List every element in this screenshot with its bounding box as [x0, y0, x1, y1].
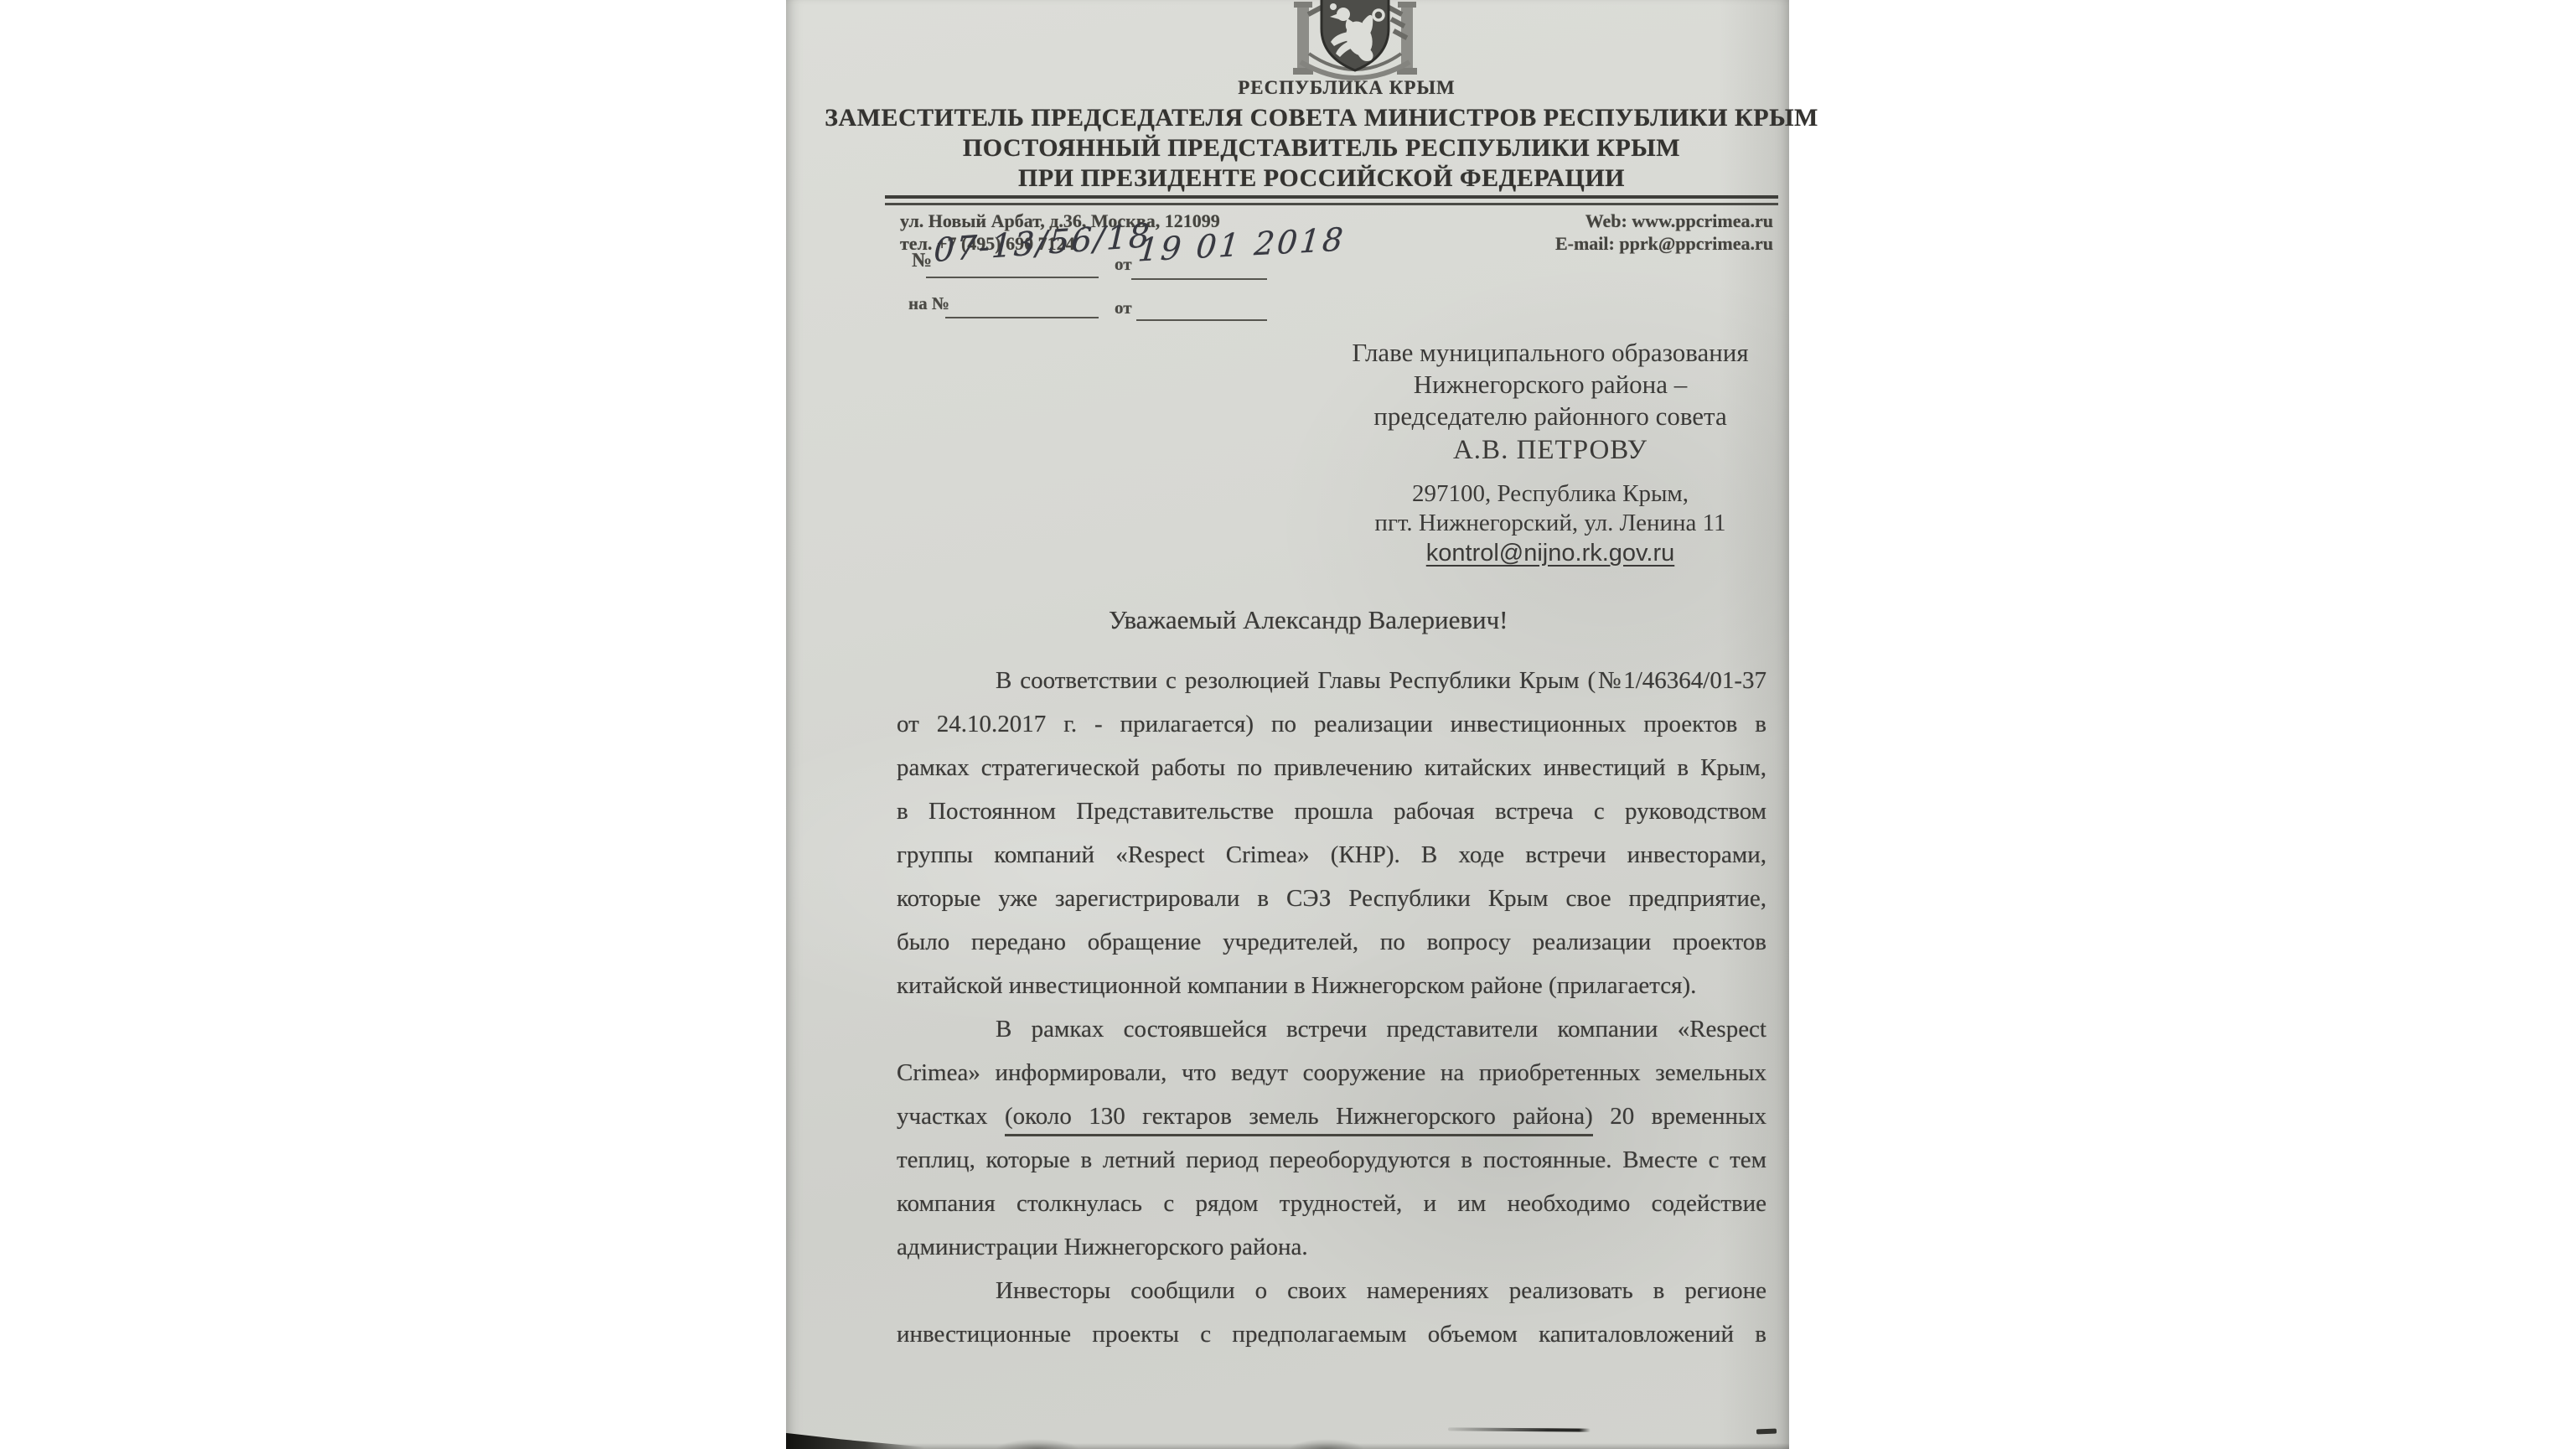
body-line: от 24.10.2017 г. - прилагается) по реали…: [897, 702, 1766, 746]
ref-date-line: [1131, 278, 1267, 280]
recipient-line: председателю районного совета: [1352, 401, 1748, 432]
reply-number-label: на №: [908, 293, 949, 314]
body-line: группы компаний «Respect Crimea» (КНР). …: [897, 833, 1766, 877]
reply-date-label: от: [1115, 298, 1132, 318]
crimea-coat-of-arms-icon: [1292, 0, 1418, 82]
recipient-name: А.В. ПЕТРОВУ: [1352, 432, 1748, 468]
ref-number-line: [926, 277, 1099, 278]
letterhead-republic: РЕСПУБЛИКА КРЫМ: [1238, 77, 1456, 99]
body-line: В рамках состоявшейся встречи представит…: [897, 1007, 1766, 1051]
body-line: было передано обращение учредителей, по …: [897, 920, 1766, 964]
body-line: которые уже зарегистрировали в СЭЗ Респу…: [897, 877, 1766, 920]
letterhead-org-line2: ПОСТОЯННЫЙ ПРЕДСТАВИТЕЛЬ РЕСПУБЛИКИ КРЫМ: [963, 134, 1680, 163]
recipient-line: Главе муниципального образования: [1352, 337, 1748, 369]
body-line-pre: участках: [897, 1103, 1005, 1130]
scanned-letter-page: { "letterhead": { "republic": "РЕСПУБЛИК…: [0, 0, 2576, 1449]
body-line: Инвесторы сообщили о своих намерениях ре…: [897, 1269, 1766, 1312]
body-line: В соответствии с резолюцией Главы Респуб…: [897, 659, 1766, 702]
scan-smudge: [996, 1439, 1079, 1449]
body-line-underlined: участках (около 130 гектаров земель Нижн…: [897, 1095, 1766, 1138]
pen-dash-artifact: [1756, 1429, 1777, 1435]
letterhead-org-line1: ЗАМЕСТИТЕЛЬ ПРЕДСЕДАТЕЛЯ СОВЕТА МИНИСТРО…: [825, 104, 1818, 132]
pen-mark-artifact: [1448, 1427, 1591, 1431]
recipient-address-line: пгт. Нижнегорский, ул. Ленина 11: [1352, 509, 1748, 538]
body-line: в Постоянном Представительстве прошла ра…: [897, 789, 1766, 833]
letter-document: РЕСПУБЛИКА КРЫМ ЗАМЕСТИТЕЛЬ ПРЕДСЕДАТЕЛЯ…: [786, 0, 1789, 1449]
salutation: Уважаемый Александр Валериевич!: [1109, 605, 1508, 635]
body-line: теплиц, которые в летний период переобор…: [897, 1138, 1766, 1182]
letterhead-email: E-mail: pprk@ppcrimea.ru: [1555, 232, 1773, 255]
reply-date-line: [1136, 319, 1267, 321]
body-line: компания столкнулась с рядом трудностей,…: [897, 1182, 1766, 1225]
body-line: Crimea» информировали, что ведут сооруже…: [897, 1051, 1766, 1095]
body-line: рамках стратегической работы по привлече…: [897, 746, 1766, 789]
recipient-address-line: 297100, Республика Крым,: [1352, 479, 1748, 509]
letterhead-org-line3: ПРИ ПРЕЗИДЕНТЕ РОССИЙСКОЙ ФЕДЕРАЦИИ: [1018, 164, 1625, 193]
ref-number-label: №: [912, 250, 932, 272]
scan-smudge: [1289, 1439, 1364, 1449]
body-line: администрации Нижнегорского района.: [897, 1225, 1766, 1269]
body-line-post: 20 временных: [1593, 1103, 1766, 1130]
body-line: китайской инвестиционной компании в Нижн…: [897, 964, 1766, 1007]
letterhead-web: Web: www.ppcrimea.ru: [1585, 210, 1773, 232]
recipient-block: Главе муниципального образования Нижнего…: [1352, 337, 1748, 568]
ref-date-label: от: [1115, 254, 1132, 275]
letterhead-divider: [885, 195, 1778, 205]
photo-bottom-shadow: [786, 1443, 1789, 1449]
recipient-line: Нижнегорского района –: [1352, 369, 1748, 401]
recipient-email: kontrol@nijno.rk.gov.ru: [1352, 538, 1748, 568]
reply-number-line: [945, 317, 1099, 318]
letter-body: В соответствии с резолюцией Главы Респуб…: [897, 659, 1766, 1356]
body-line: инвестиционные проекты с предполагаемым …: [897, 1312, 1766, 1356]
underlined-phrase: (около 130 гектаров земель Нижнегорского…: [1005, 1103, 1593, 1136]
